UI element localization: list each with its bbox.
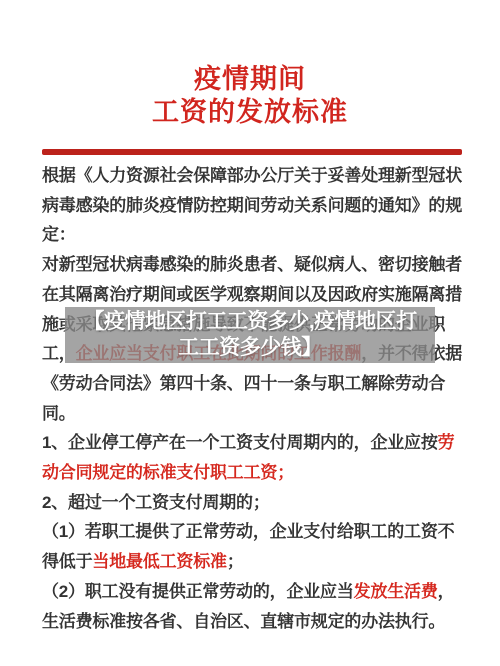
body-line: 《劳动合同法》第四十条、四十一条与职工解除劳动合 [42,369,478,399]
text-segment: 病毒感染的肺炎疫情防控期间劳动关系问题的通知》的规 [42,196,462,215]
article-page: 疫情期间 工资的发放标准 根据《人力资源社会保障部办公厅关于妥善处理新型冠状病毒… [0,0,500,666]
page-title: 疫情期间 工资的发放标准 [0,63,500,129]
keyword-overlay: 【疫情地区打工工资多少,疫情地区打 工工资多少钱】 [65,307,435,363]
text-segment: ， [438,582,455,601]
body-line: 在其隔离治疗期间或医学观察期间以及因政府实施隔离措 [42,280,478,310]
text-segment: 定： [42,225,76,244]
body-text: 根据《人力资源社会保障部办公厅关于妥善处理新型冠状病毒感染的肺炎疫情防控期间劳动… [42,161,478,636]
text-segment: 《劳动合同法》第四十条、四十一条与职工解除劳动合 [42,374,445,393]
body-line: 得低于当地最低工资标准； [42,547,478,577]
keyword-overlay-line-2: 工工资多少钱】 [178,335,322,361]
highlighted-text: 动合同规定的标准支付职工工资； [42,463,294,482]
title-divider [42,149,462,155]
body-line: 根据《人力资源社会保障部办公厅关于妥善处理新型冠状 [42,161,478,191]
page-title-line-2: 工资的发放标准 [0,96,500,129]
text-segment: 在其隔离治疗期间或医学观察期间以及因政府实施隔离措 [42,285,462,304]
body-line: 2、超过一个工资支付周期的； [42,488,478,518]
text-segment: 2、超过一个工资支付周期的； [42,493,270,512]
body-line: 1、企业停工停产在一个工资支付周期内的，企业应按劳 [42,428,478,458]
body-line: 生活费标准按各省、自治区、直辖市规定的办法执行。 [42,607,478,637]
highlighted-text: 发放生活费 [354,582,438,601]
body-line: 病毒感染的肺炎疫情防控期间劳动关系问题的通知》的规 [42,191,478,221]
keyword-overlay-line-1: 【疫情地区打工工资多少,疫情地区打 [83,309,416,335]
text-segment: ； [227,552,244,571]
text-segment: 根据《人力资源社会保障部办公厅关于妥善处理新型冠状 [42,166,462,185]
text-segment: 1、企业停工停产在一个工资支付周期内的，企业应按 [42,433,438,452]
text-segment: 得低于 [42,552,92,571]
page-title-line-1: 疫情期间 [0,63,500,96]
text-segment: （2）职工没有提供正常劳动的，企业应当 [42,582,354,601]
text-segment: 同。 [42,404,76,423]
text-segment: 生活费标准按各省、自治区、直辖市规定的办法执行。 [42,612,445,631]
body-line: （1）若职工提供了正常劳动，企业支付给职工的工资不 [42,517,478,547]
body-line: 同。 [42,399,478,429]
body-line: 定： [42,220,478,250]
body-line: 动合同规定的标准支付职工工资； [42,458,478,488]
highlighted-text: 劳 [438,433,455,452]
body-line: 对新型冠状病毒感染的肺炎患者、疑似病人、密切接触者 [42,250,478,280]
text-segment: 对新型冠状病毒感染的肺炎患者、疑似病人、密切接触者 [42,255,462,274]
text-segment: （1）若职工提供了正常劳动，企业支付给职工的工资不 [42,522,454,541]
highlighted-text: 当地最低工资标准 [92,552,226,571]
body-line: （2）职工没有提供正常劳动的，企业应当发放生活费， [42,577,478,607]
